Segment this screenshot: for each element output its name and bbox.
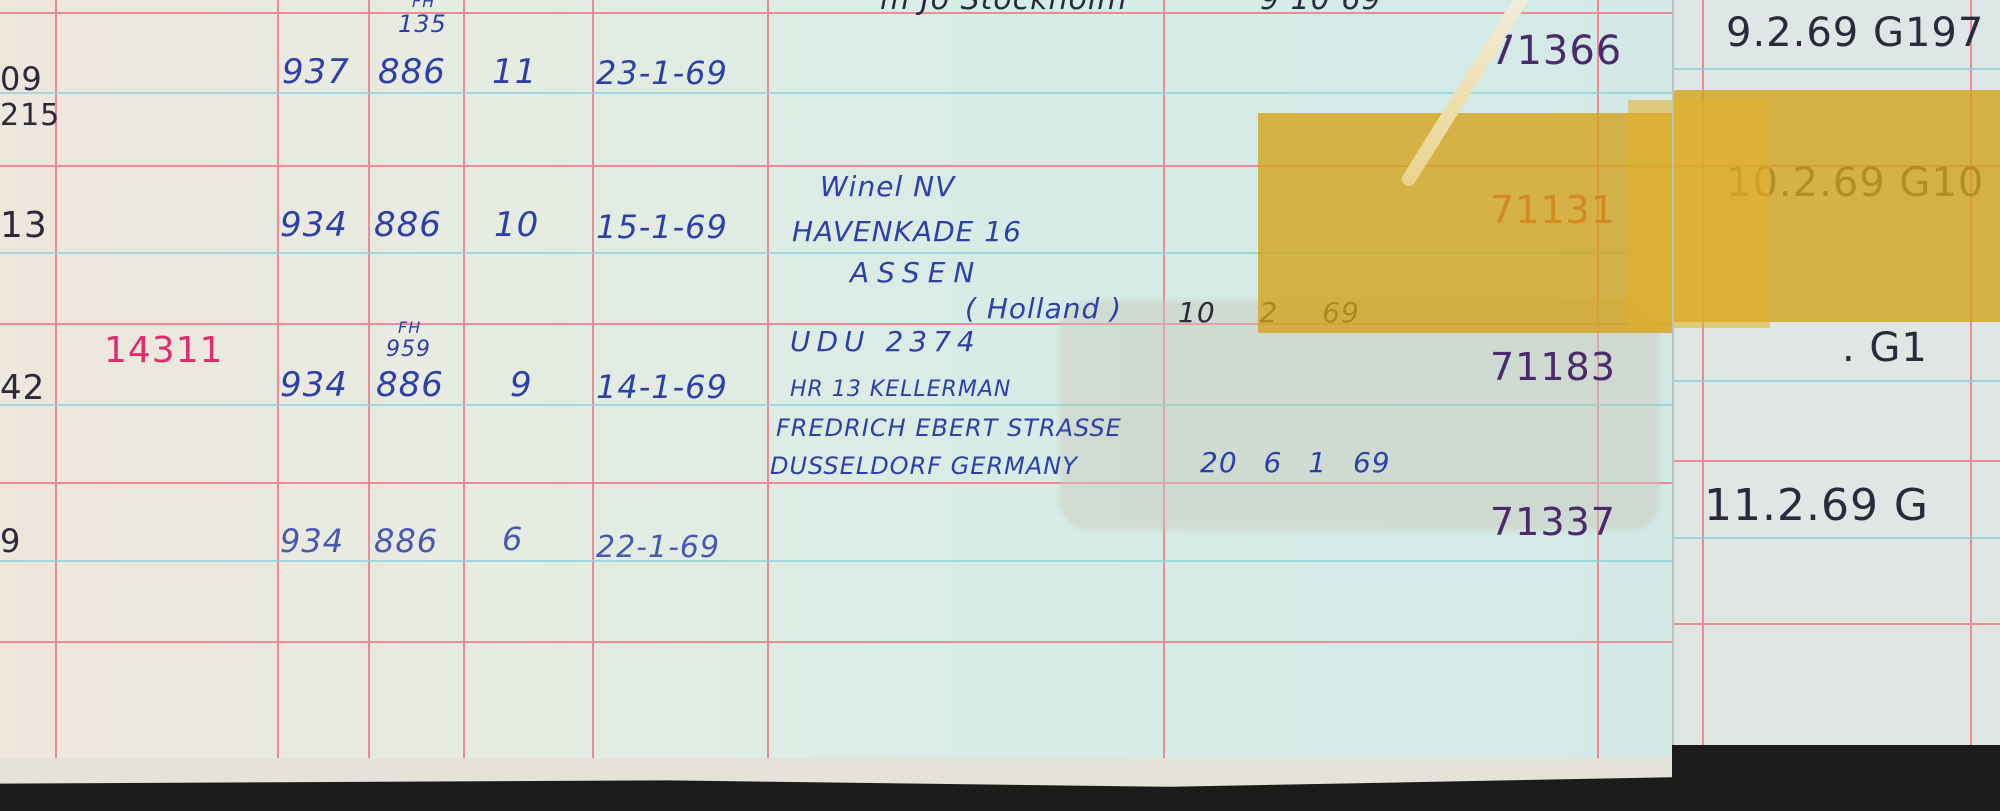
quantity: 10 xyxy=(494,205,539,245)
right-page-entry: 9.2.69 G197 xyxy=(1726,10,1984,56)
row-rule xyxy=(1674,623,2000,625)
adhesive-tape-edge xyxy=(1628,100,1672,330)
entry-date: 22-1-69 xyxy=(596,530,720,565)
top-partial-date: 9 10 69 xyxy=(1260,0,1382,17)
column-rule xyxy=(368,0,370,765)
quantity: 9 xyxy=(510,365,533,405)
code-b: 886 xyxy=(374,522,438,560)
address-line: HAVENKADE 16 xyxy=(792,215,1022,248)
address-line: FREDRICH EBERT STRASSE xyxy=(776,414,1122,442)
code-b-note: 135 xyxy=(398,10,447,38)
code-b: 886 xyxy=(376,365,444,405)
address-line: ASSEN xyxy=(850,256,982,289)
entry-date: 15-1-69 xyxy=(596,208,728,246)
address-line: HR 13 KELLERMAN xyxy=(790,377,1011,402)
column-rule xyxy=(592,0,594,765)
address-line: ( Holland ) xyxy=(965,292,1122,325)
writing-line xyxy=(1674,68,2000,70)
row-rule xyxy=(1674,460,2000,462)
writing-line xyxy=(1674,380,2000,382)
row-ref: 13 xyxy=(0,205,48,246)
entry-date: 14-1-69 xyxy=(596,368,728,406)
row-rule xyxy=(0,12,1672,14)
quantity: 11 xyxy=(492,52,537,92)
reference-number: 71366 xyxy=(1490,28,1622,74)
address-line: DUSSELDORF GERMANY xyxy=(770,452,1078,480)
paper-stain xyxy=(1060,300,1660,530)
side-date: 20 6 1 69 xyxy=(1200,446,1391,479)
code-b-note: 959 xyxy=(386,337,431,362)
code-b: 886 xyxy=(378,52,446,92)
right-page-entry: 11.2.69 G xyxy=(1704,480,1929,531)
entry-date: 23-1-69 xyxy=(596,54,728,92)
row-ref: 42 xyxy=(0,368,45,408)
adhesive-tape xyxy=(1258,113,1672,333)
code-a: 937 xyxy=(282,52,350,92)
writing-line xyxy=(0,560,1672,562)
code-a: 934 xyxy=(280,365,348,405)
reference-number: 71337 xyxy=(1490,500,1616,544)
column-rule xyxy=(767,0,769,765)
code-b-note-prefix: FH xyxy=(398,318,421,337)
row-rule xyxy=(0,641,1672,643)
top-partial-text: m Jo Stockholm xyxy=(880,0,1127,17)
row-ref: 9 xyxy=(0,522,21,560)
column-rule xyxy=(277,0,279,765)
code-b: 886 xyxy=(374,205,442,245)
red-reference: 14311 xyxy=(104,330,224,371)
code-a: 934 xyxy=(280,522,344,560)
address-line: Winel NV xyxy=(820,170,955,203)
writing-line xyxy=(1674,537,2000,539)
reference-number: 71183 xyxy=(1490,345,1616,389)
torn-page-edge xyxy=(0,758,1672,790)
row-ref: 09 xyxy=(0,60,43,98)
address-line: UDU 2374 xyxy=(790,325,981,358)
writing-line xyxy=(0,92,1672,94)
code-a: 934 xyxy=(280,205,348,245)
column-rule xyxy=(463,0,465,765)
quantity: 6 xyxy=(502,520,523,558)
row-ref-sub: 215 xyxy=(0,98,60,133)
right-page-entry: . G1 xyxy=(1842,325,1928,371)
adhesive-tape-overlap xyxy=(1674,100,1770,328)
